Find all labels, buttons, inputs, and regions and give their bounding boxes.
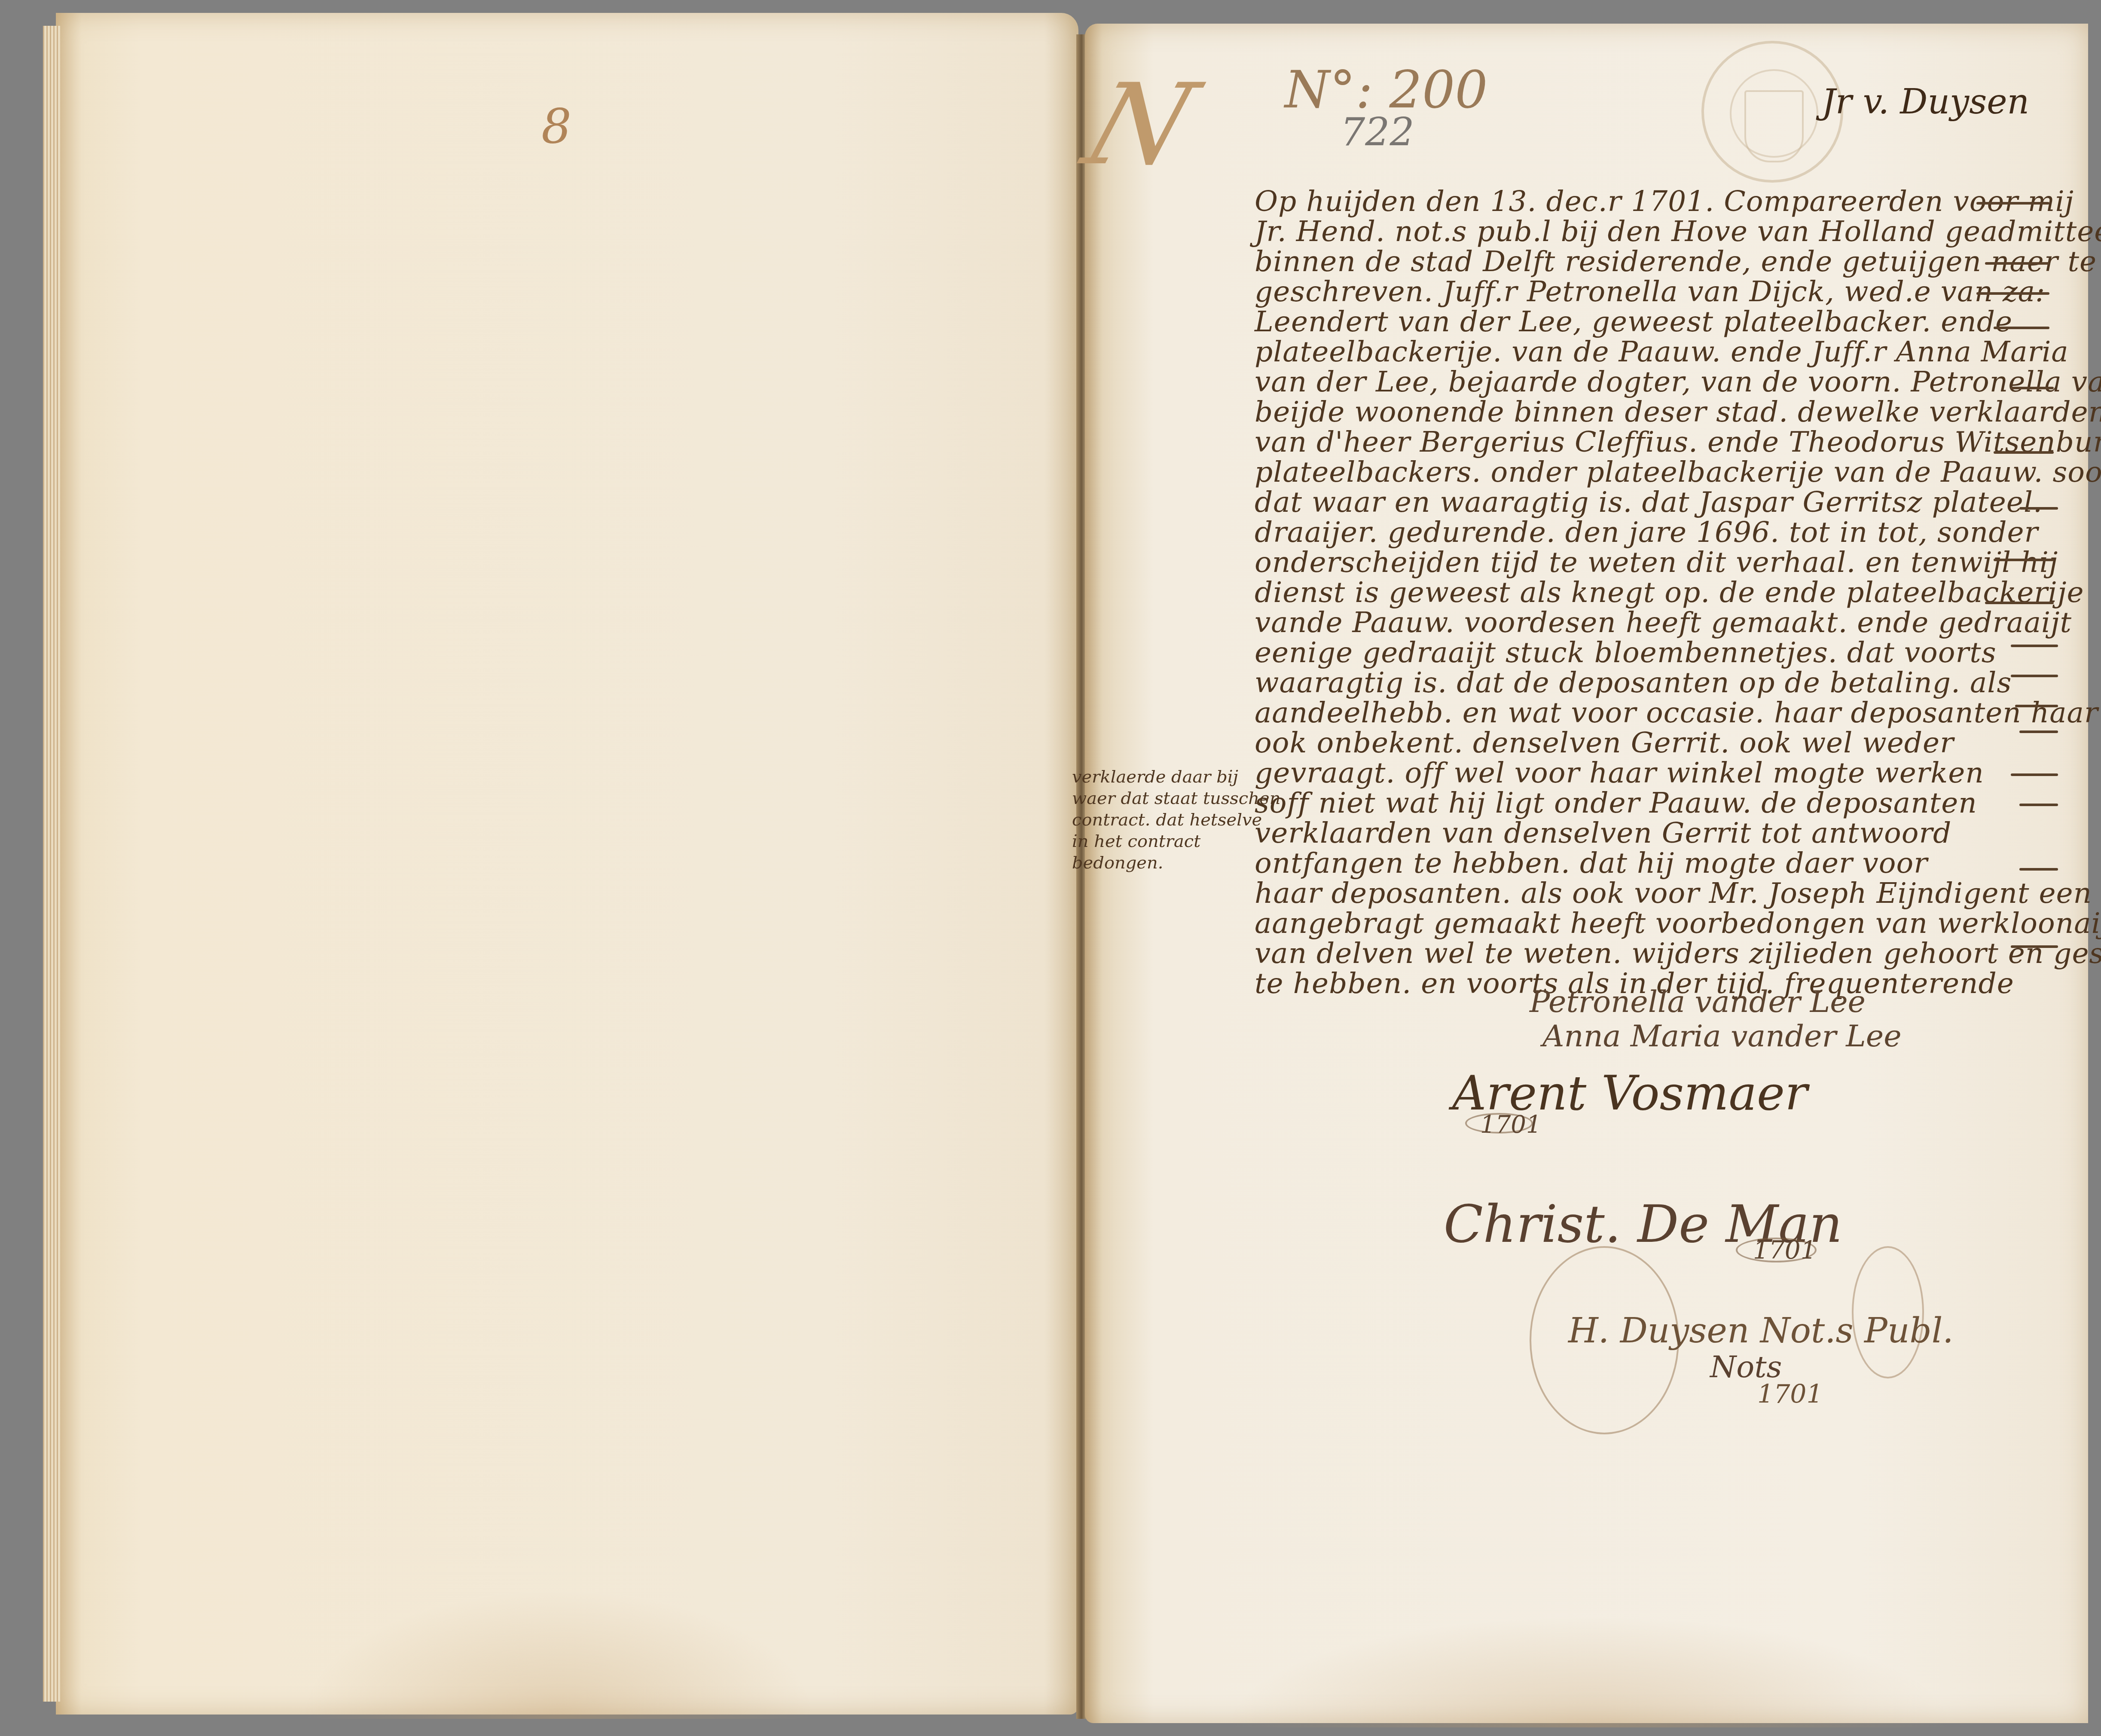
- line-flourish: [1994, 327, 2049, 329]
- body-line: van der Lee, bejaarde dogter, van de voo…: [1255, 365, 2101, 398]
- signature-notary: H. Duysen Not.s Publ.: [1568, 1311, 1954, 1351]
- stacked-leaf-edges: [43, 26, 60, 1702]
- margin-note-line: in het contract: [1072, 831, 1200, 851]
- line-flourish: [2019, 730, 2058, 733]
- body-line: draaijer. gedurende. den jare 1696. tot …: [1255, 516, 2038, 549]
- body-line: verklaarden van denselven Gerrit tot ant…: [1255, 816, 1951, 850]
- body-line: dienst is geweest als knegt op. de ende …: [1255, 576, 2084, 609]
- body-line: onderscheijden tijd te weten dit verhaal…: [1255, 546, 2058, 579]
- body-line: binnen de stad Delft residerende, ende g…: [1255, 245, 2101, 278]
- margin-note-line: verklaerde daar bij: [1072, 767, 1238, 787]
- body-line: geschreven. Juff.r Petronella van Dijck,…: [1255, 275, 2045, 308]
- line-flourish: [1976, 292, 2049, 295]
- body-line: aandeelhebb. en wat voor occasie. haar d…: [1255, 696, 2098, 729]
- body-line: dat waar en waaragtig is. dat Jaspar Ger…: [1255, 486, 2043, 519]
- body-line: waaragtig is. dat de deposanten op de be…: [1255, 666, 2012, 699]
- line-flourish: [2015, 705, 2058, 707]
- body-line: ook onbekent. denselven Gerrit. ook wel …: [1255, 726, 1954, 759]
- body-line: plateelbackers. onder plateelbackerije v…: [1255, 455, 2101, 489]
- line-flourish: [1994, 559, 2054, 561]
- body-line: Op huijden den 13. dec.r 1701. Compareer…: [1255, 185, 2074, 218]
- margin-note-line: contract. dat hetselve: [1072, 810, 1262, 830]
- signature-christiaan-de-man-year: 1701: [1753, 1235, 1817, 1265]
- body-line: van delven wel te weten. wijders zijlied…: [1255, 937, 2101, 970]
- body-line: gevraagt. off wel voor haar winkel mogte…: [1255, 756, 1984, 789]
- pencil-number: 722: [1341, 110, 1414, 155]
- margin-note-line: bedongen.: [1072, 853, 1163, 873]
- signature-anna-maria: Anna Maria vander Lee: [1542, 1018, 1902, 1054]
- line-flourish: [2011, 773, 2058, 776]
- signature-notary-year: 1701: [1757, 1379, 1823, 1409]
- line-flourish: [1985, 602, 2054, 604]
- body-line: vande Paauw. voordesen heeft gemaakt. en…: [1255, 606, 2072, 639]
- signature-petronella: Petronella vander Lee: [1530, 984, 1866, 1019]
- body-line: beijde woonende binnen deser stad. dewel…: [1255, 395, 2101, 428]
- body-line: Leendert van der Lee, geweest plateelbac…: [1255, 305, 2012, 338]
- left-page: [56, 13, 1078, 1715]
- line-flourish: [2011, 675, 2058, 677]
- seal-shield-icon: [1744, 90, 1804, 162]
- line-flourish: [2011, 645, 2058, 647]
- line-flourish: [1994, 451, 2054, 454]
- body-line: aangebragt gemaakt heeft voorbedongen va…: [1255, 907, 2101, 940]
- body-line: eenige gedraaijt stuck bloembennetjes. d…: [1255, 636, 1997, 669]
- line-flourish: [2011, 387, 2054, 389]
- margin-note-line: waer dat staat tusschen: [1072, 789, 1280, 808]
- body-line: van d'heer Bergerius Cleffius. ende Theo…: [1255, 425, 2101, 458]
- notary-label: Jr v. Duysen: [1822, 82, 2029, 122]
- body-line: ontfangen te hebben. dat hij mogte daer …: [1255, 847, 1928, 880]
- body-line: plateelbackerije. van de Paauw. ende Juf…: [1255, 335, 2069, 368]
- signature-arent-vosmaer-year: 1701: [1480, 1111, 1542, 1139]
- line-flourish: [2019, 804, 2058, 806]
- line-flourish: [2019, 507, 2058, 510]
- line-flourish: [1985, 262, 2049, 265]
- line-flourish: [1976, 202, 2049, 205]
- body-line: soff niet wat hij ligt onder Paauw. de d…: [1255, 786, 1977, 819]
- body-line: Jr. Hend. not.s pub.l bij den Hove van H…: [1255, 215, 2101, 248]
- body-line: haar deposanten. als ook voor Mr. Joseph…: [1255, 877, 2101, 910]
- left-page-pencil-mark: 8: [541, 99, 571, 154]
- line-flourish: [2011, 945, 2058, 948]
- line-flourish: [2019, 868, 2058, 871]
